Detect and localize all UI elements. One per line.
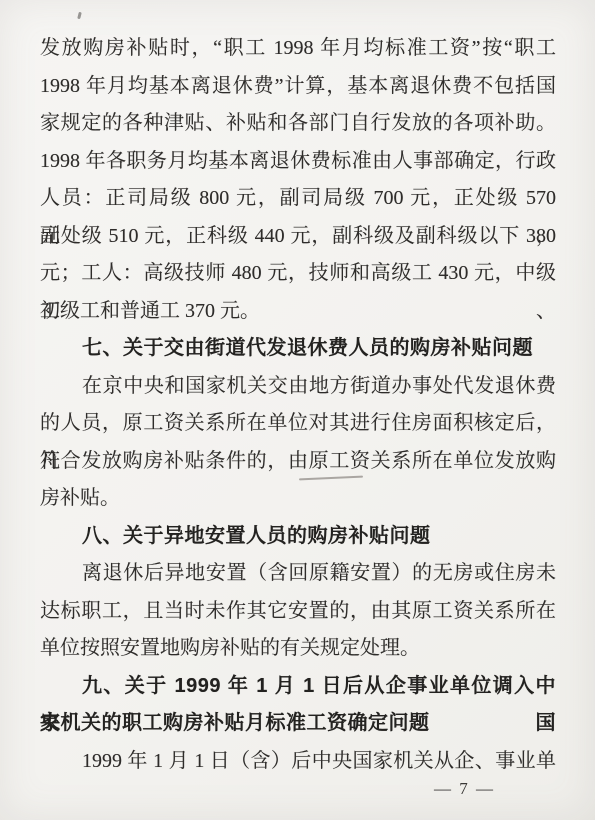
document-body: 发放购房补贴时，“职工 1998 年月均标准工资”按“职工1998 年月均基本离… (40, 30, 556, 780)
text-line-10: 在京中央和国家机关交由地方街道办事处代发退休费 (40, 368, 556, 406)
text-line-17: 单位按照安置地购房补贴的有关规定处理。 (40, 630, 556, 668)
text-line-5: 人员：正司局级 800 元，副司局级 700 元，正处级 570 元， (40, 180, 556, 218)
text-line-9: 七、关于交由街道代发退休费人员的购房补贴问题 (40, 330, 556, 368)
text-line-11: 的人员，原工资关系所在单位对其进行住房面积核定后，凡 (40, 405, 556, 443)
text-line-1: 发放购房补贴时，“职工 1998 年月均标准工资”按“职工 (40, 30, 556, 68)
text-line-13: 房补贴。 (40, 480, 556, 518)
text-line-6: 副处级 510 元，正科级 440 元，副科级及副科级以下 380 (40, 218, 556, 256)
text-line-20: 1999 年 1 月 1 日（含）后中央国家机关从企、事业单 (40, 743, 556, 781)
text-line-4: 1998 年各职务月均基本离退休费标准由人事部确定，行政 (40, 143, 556, 181)
text-line-18: 九、关于 1999 年 1 月 1 日后从企事业单位调入中央国 (40, 668, 556, 706)
text-line-2: 1998 年月均基本离退休费”计算，基本离退休费不包括国 (40, 68, 556, 106)
text-line-3: 家规定的各种津贴、补贴和各部门自行发放的各项补助。 (40, 105, 556, 143)
document-page: 发放购房补贴时，“职工 1998 年月均标准工资”按“职工1998 年月均基本离… (0, 0, 595, 820)
text-line-16: 达标职工，且当时未作其它安置的，由其原工资关系所在 (40, 593, 556, 631)
text-line-12: 符合发放购房补贴条件的，由原工资关系所在单位发放购 (40, 443, 556, 481)
text-line-7: 元；工人：高级技师 480 元，技师和高级工 430 元，中级工、 (40, 255, 556, 293)
text-line-15: 离退休后异地安置（含回原籍安置）的无房或住房未 (40, 555, 556, 593)
scan-speck (77, 12, 82, 20)
page-number: — 7 — (434, 779, 495, 799)
text-line-14: 八、关于异地安置人员的购房补贴问题 (40, 518, 556, 556)
